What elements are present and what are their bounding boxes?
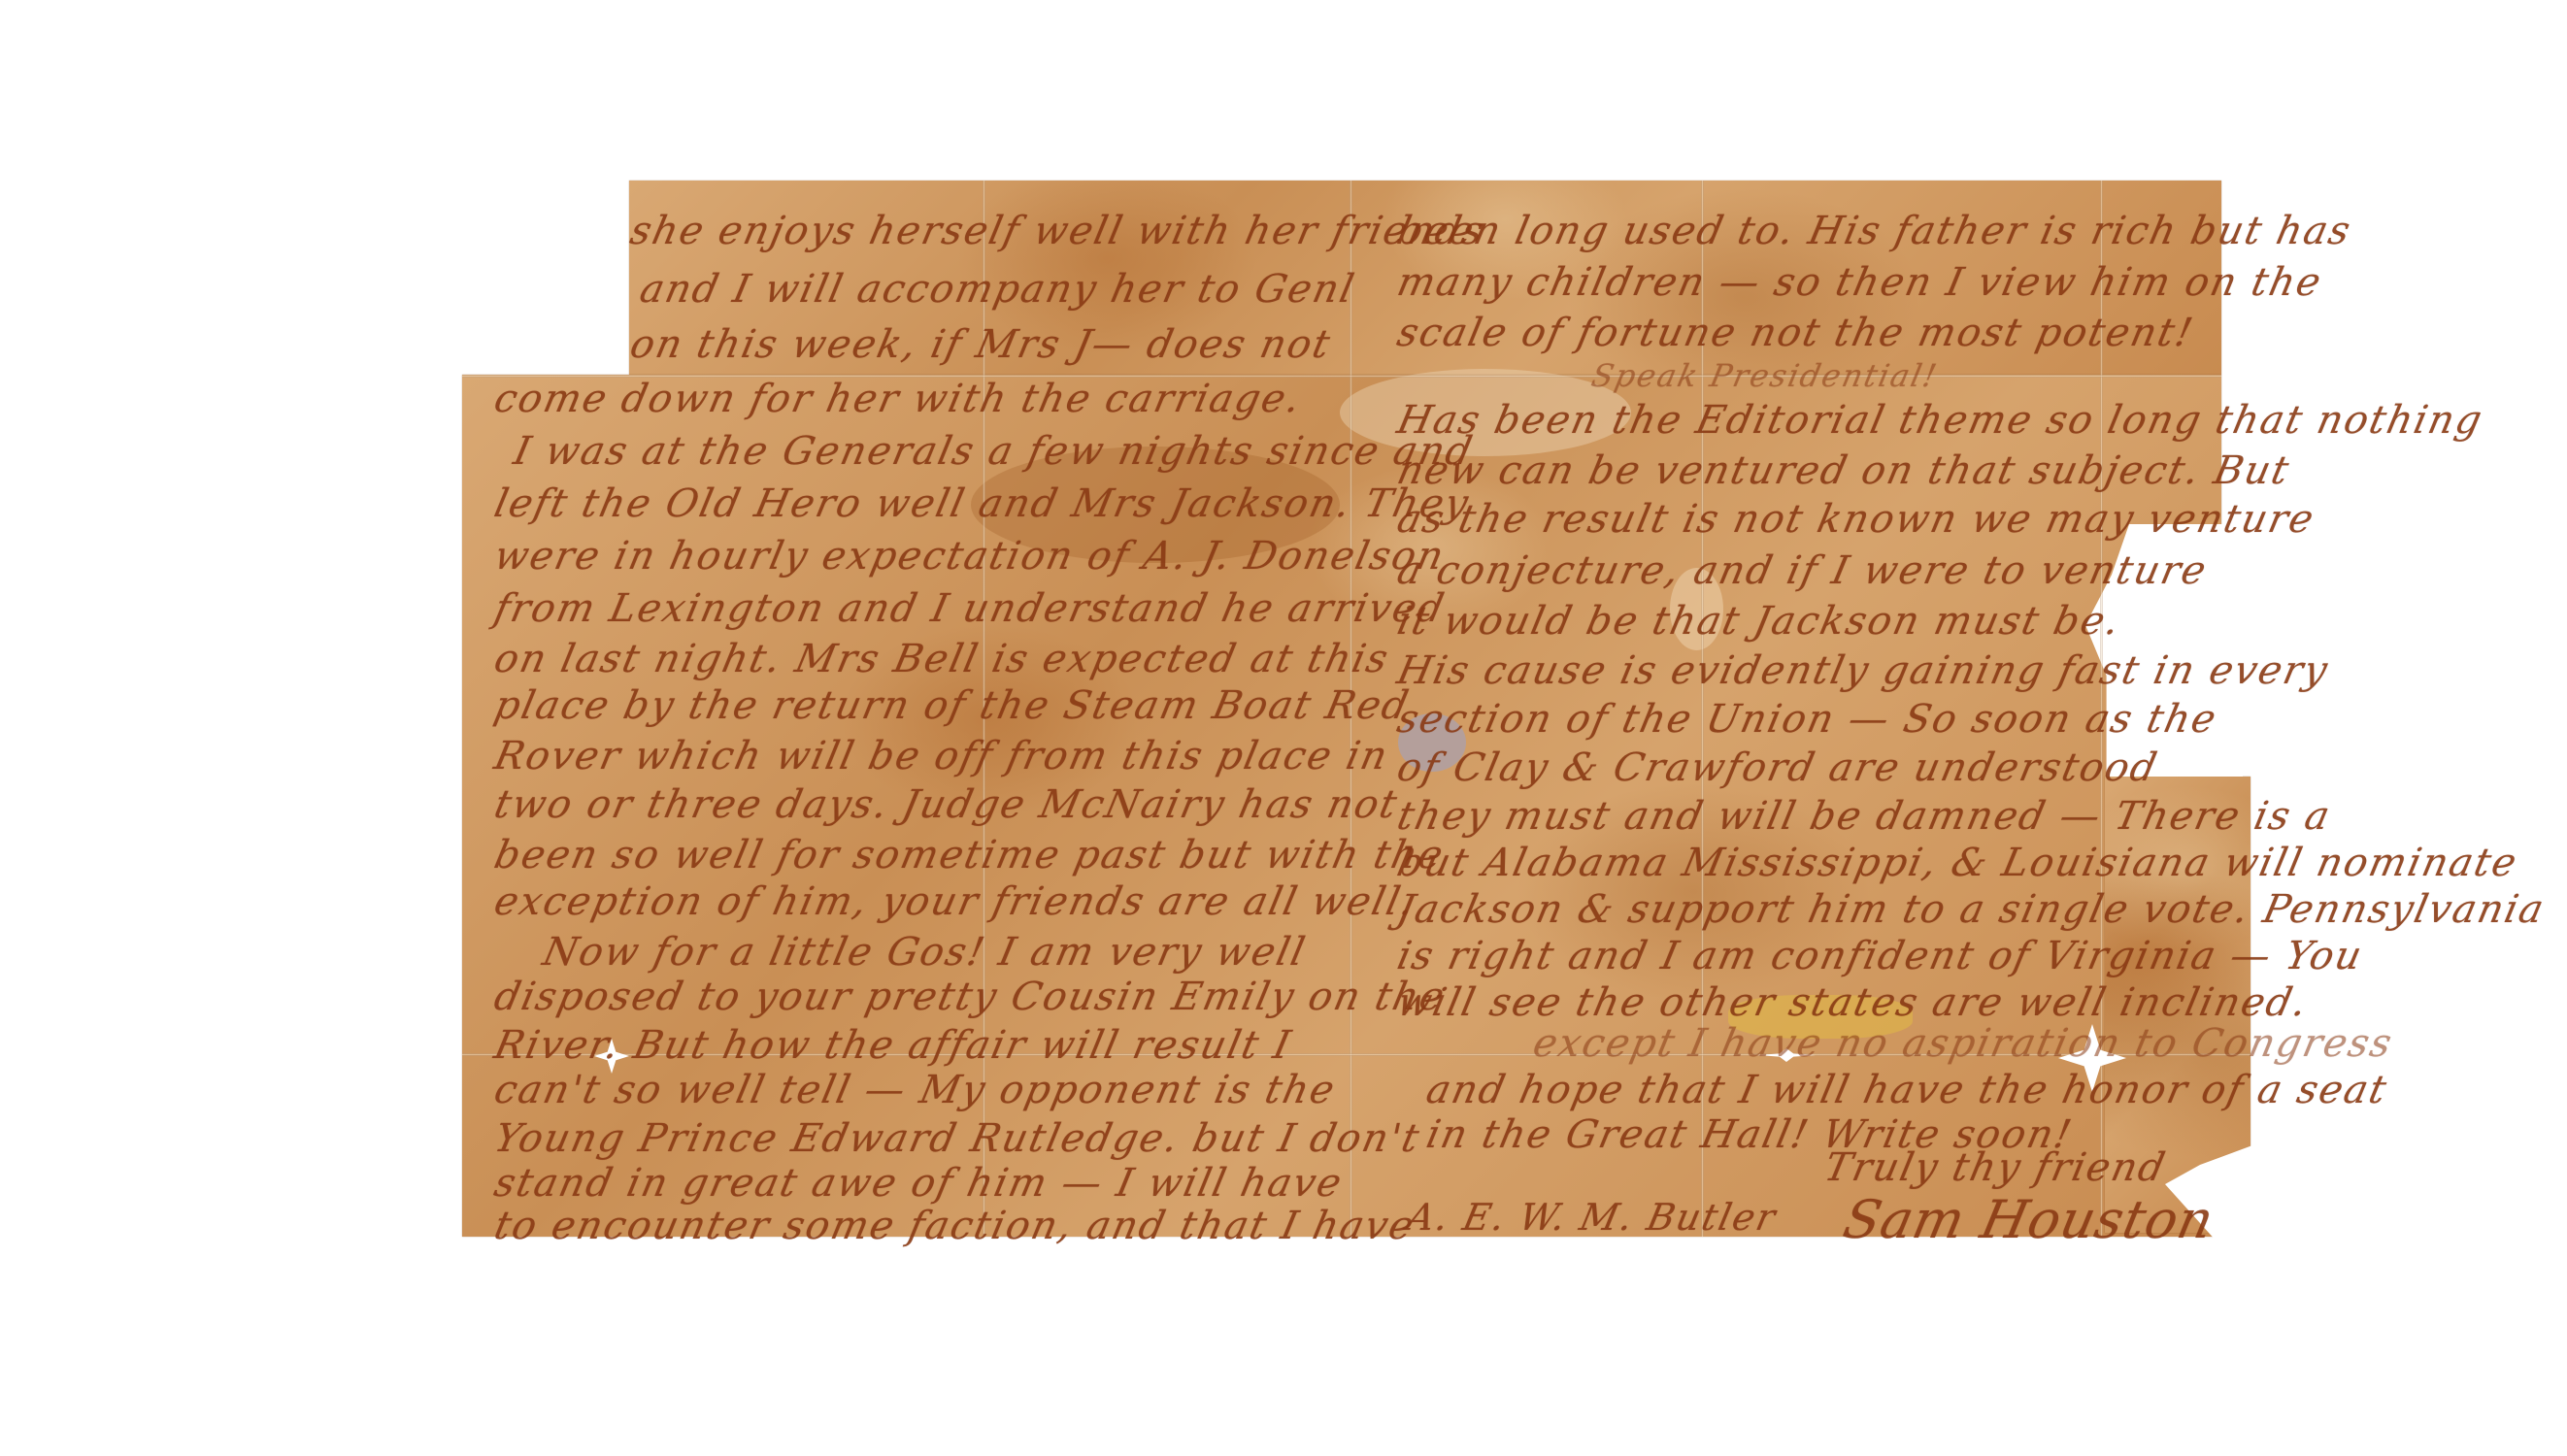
document-photo: she enjoys herself well with her friends… [0,0,2567,1456]
letter-line: I was at the Generals a few nights since… [510,429,1478,474]
letter-closing: Truly thy friend [1820,1145,2170,1190]
letter-line: from Lexington and I understand he arriv… [490,586,1450,631]
letter-line: scale of fortune not the most potent! [1393,311,2198,355]
letter-line: on last night. Mrs Bell is expected at t… [490,637,1393,681]
letter-line: will see the other states are well incli… [1393,980,2313,1025]
letter-line: it would be that Jackson must be. [1393,599,2125,644]
letter-line: as the result is not known we may ventur… [1393,497,2319,542]
letter-line: a conjecture, and if I were to venture [1393,548,2212,593]
letter-line: can't so well tell — My opponent is the [490,1068,1340,1112]
letter-line: been long used to. His father is rich bu… [1393,209,2355,253]
letter-line: they must and will be damned — There is … [1393,794,2335,839]
letter-line: and I will accompany her to Genl [636,267,1359,312]
letter-line: His cause is evidently gaining fast in e… [1393,648,2333,693]
letter-line: is right and I am confident of Virginia … [1393,934,2367,978]
letter-line: on this week, if Mrs J— does not [626,322,1335,367]
letter-heading: Speak Presidential! [1588,357,1942,394]
letter-line: were in hourly expectation of A. J. Done… [490,534,1450,579]
letter-line: she enjoys herself well with her friends [626,209,1489,253]
letter-line: many children — so then I view him on th… [1393,260,2326,305]
signature: Sam Houston [1838,1189,2219,1250]
addressee: A. E. W. M. Butler [1403,1196,1781,1239]
letter-line: to encounter some faction, and that I ha… [490,1204,1419,1248]
letter-line: but Alabama Mississippi, & Louisiana wil… [1393,841,2522,885]
letter-line: and hope that I will have the honor of a… [1422,1068,2391,1112]
letter-line: place by the return of the Steam Boat Re… [490,683,1414,728]
letter-line: been so well for sometime past but with … [490,833,1449,877]
letter-line: two or three days. Judge McNairy has not [490,782,1402,827]
letter-line: except I have no aspiration to Congress [1529,1021,2397,1066]
letter-line: section of the Union — So soon as the [1393,697,2221,742]
letter-line: Jackson & support him to a single vote. … [1393,887,2550,932]
letter-line: Now for a little Gos! I am very well [539,930,1311,975]
letter-line: Rover which will be off from this place … [490,734,1393,778]
letter-line: River. But how the affair will result I [490,1023,1296,1068]
letter-line: exception of him, your friends are all w… [490,879,1420,924]
letter-line: come down for her with the carriage. [490,377,1306,421]
letter-line: Young Prince Edward Rutledge. but I don'… [490,1116,1424,1161]
letter-line: disposed to your pretty Cousin Emily on … [490,975,1450,1019]
letter-line: stand in great awe of him — I will have [490,1161,1347,1206]
letter-line: left the Old Hero well and Mrs Jackson. … [490,481,1474,526]
letter-line: of Clay & Crawford are understood [1393,745,2162,790]
letter-line: Has been the Editorial theme so long tha… [1393,398,2487,443]
letter-line: new can be ventured on that subject. But [1393,448,2294,493]
